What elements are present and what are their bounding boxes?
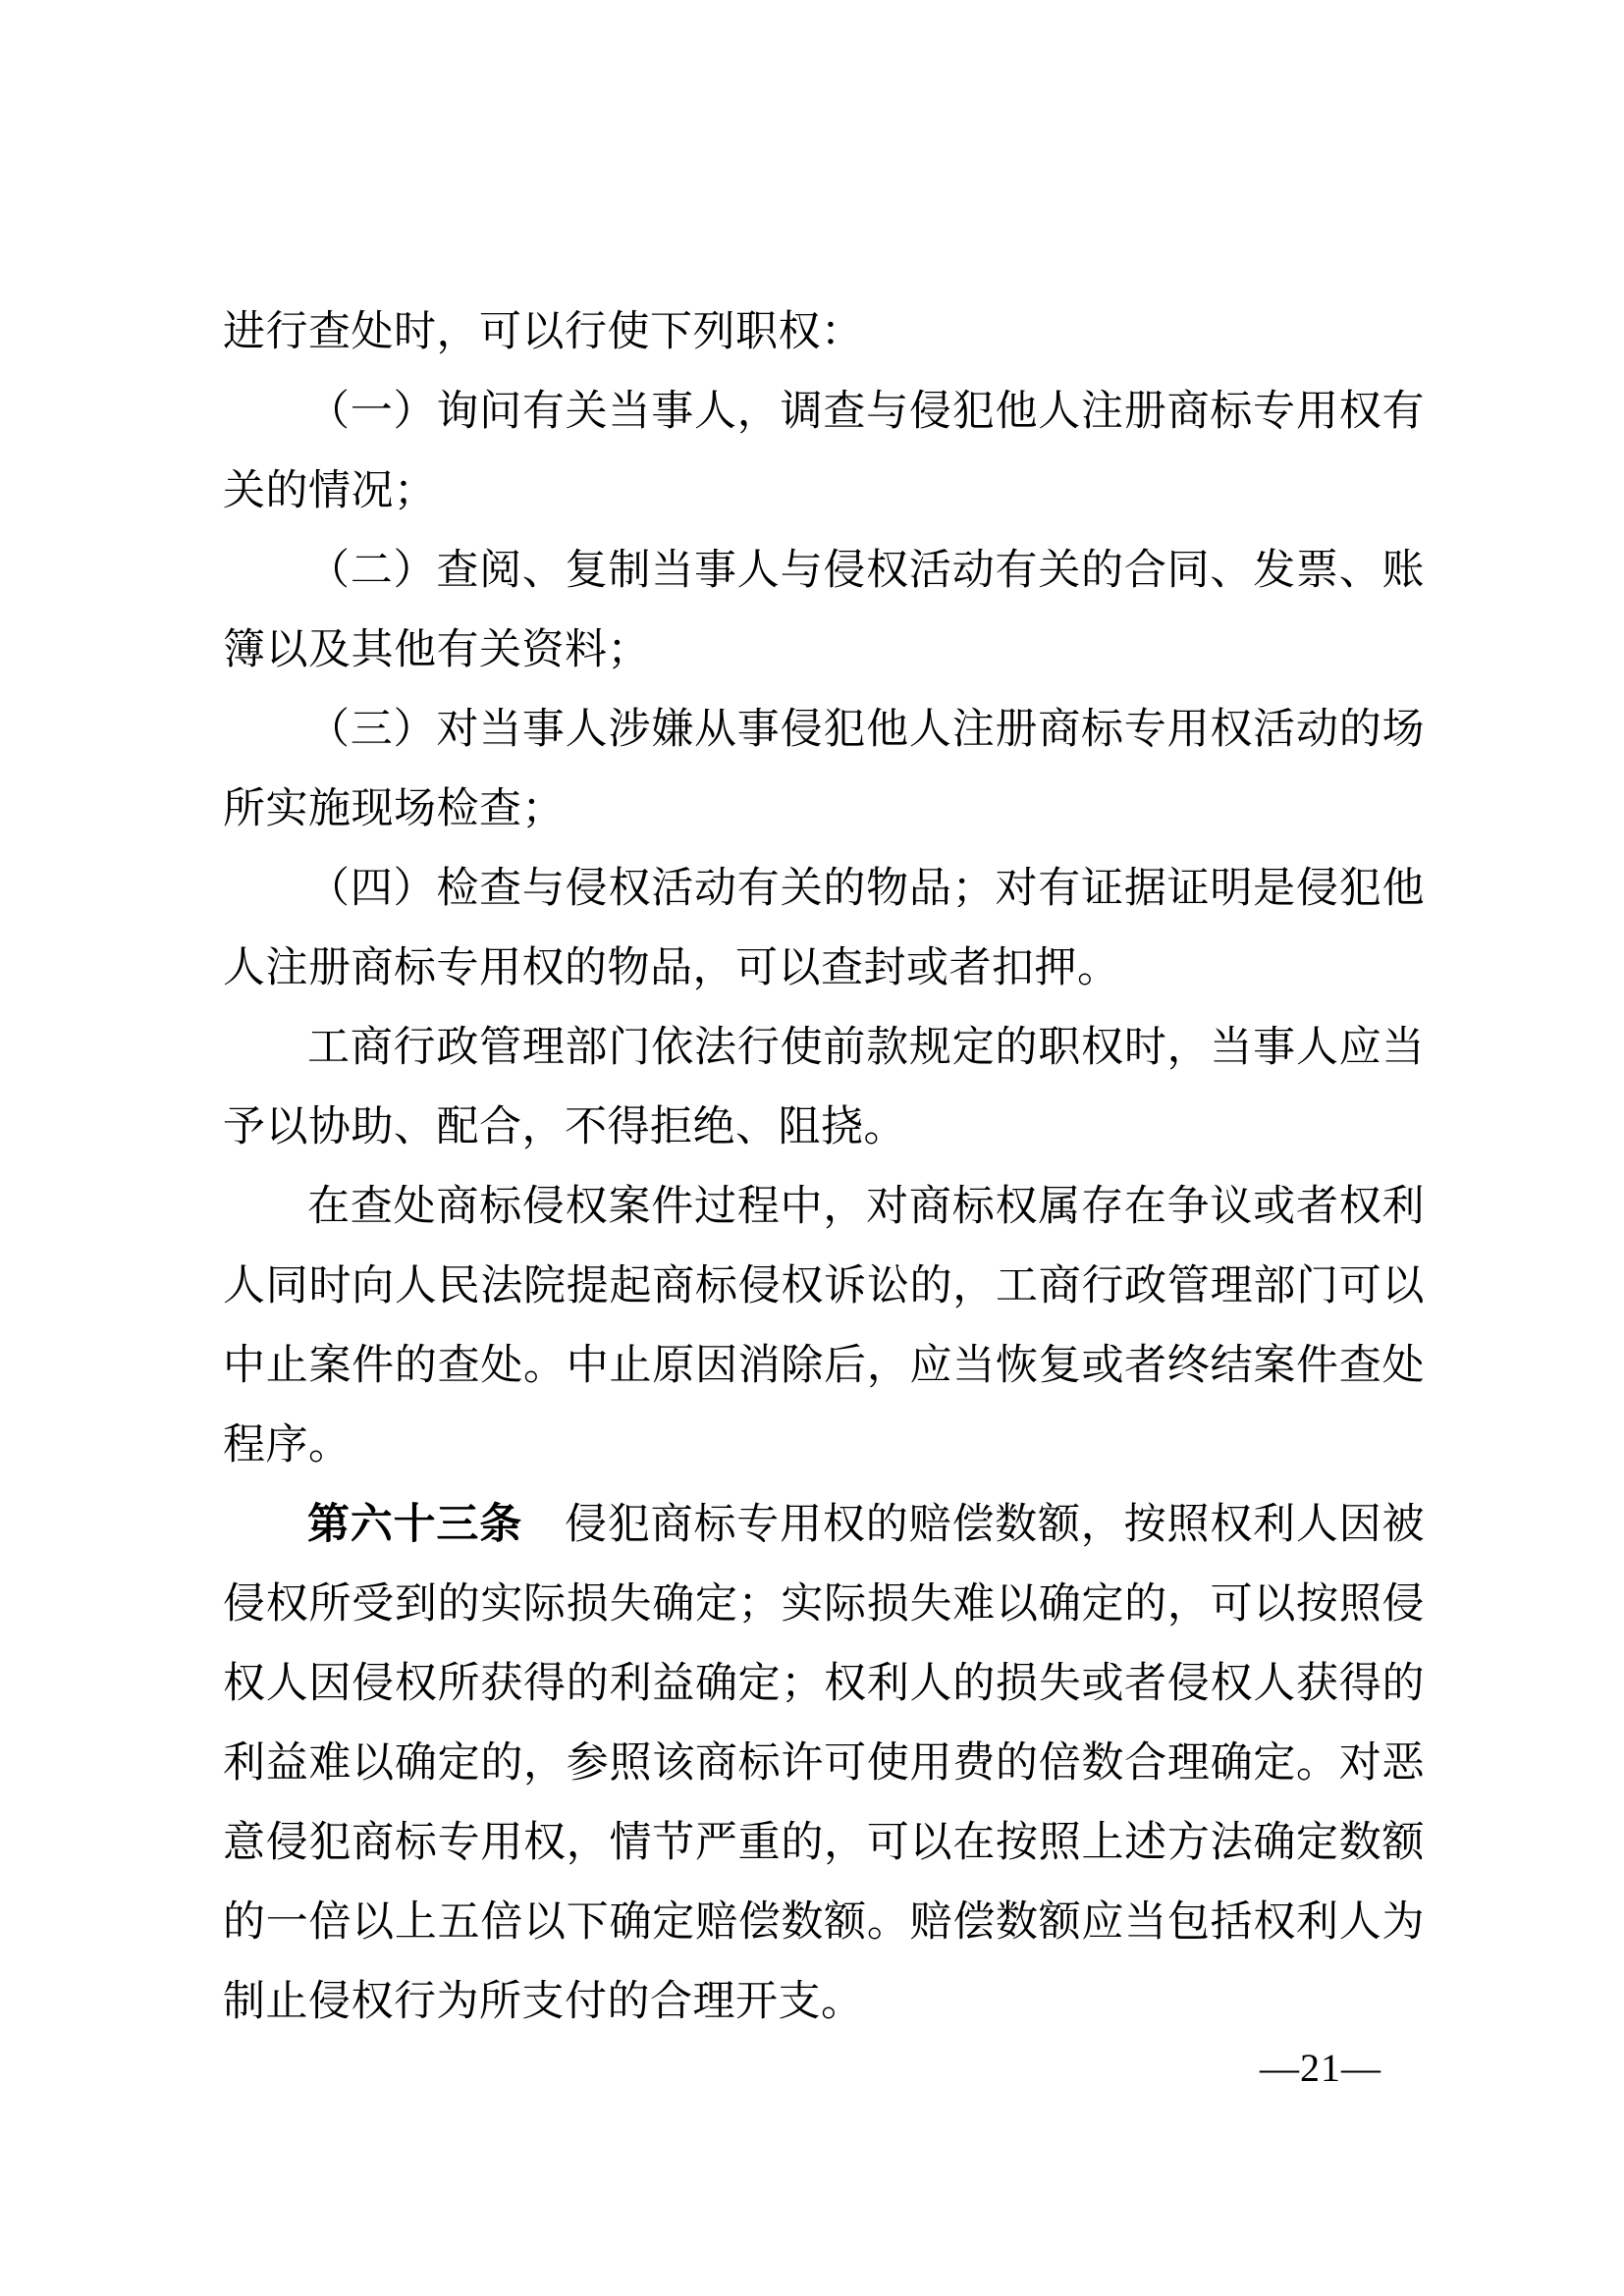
page-number: —21— xyxy=(1260,2045,1381,2091)
paragraph: 第六十三条侵犯商标专用权的赔偿数额，按照权利人因被侵权所受到的实际损失确定；实际… xyxy=(223,1485,1425,2042)
paragraph: （三）对当事人涉嫌从事侵犯他人注册商标专用权活动的场所实施现场检查； xyxy=(223,690,1425,849)
paragraph: 工商行政管理部门依法行使前款规定的职权时，当事人应当予以协助、配合，不得拒绝、阻… xyxy=(223,1008,1425,1167)
article-number: 第六十三条 xyxy=(307,1501,522,1548)
document-page: 进行查处时，可以行使下列职权：（一）询问有关当事人，调查与侵犯他人注册商标专用权… xyxy=(0,0,1624,2296)
paragraph: （二）查阅、复制当事人与侵权活动有关的合同、发票、账簿以及其他有关资料； xyxy=(223,531,1425,690)
paragraph: 在查处商标侵权案件过程中，对商标权属存在争议或者权利人同时向人民法院提起商标侵权… xyxy=(223,1167,1425,1485)
paragraph: （四）检查与侵权活动有关的物品；对有证据证明是侵犯他人注册商标专用权的物品，可以… xyxy=(223,849,1425,1008)
paragraph: （一）询问有关当事人，调查与侵犯他人注册商标专用权有关的情况； xyxy=(223,372,1425,531)
document-body: 进行查处时，可以行使下列职权：（一）询问有关当事人，调查与侵犯他人注册商标专用权… xyxy=(223,293,1425,2042)
paragraph: 进行查处时，可以行使下列职权： xyxy=(223,293,1425,372)
